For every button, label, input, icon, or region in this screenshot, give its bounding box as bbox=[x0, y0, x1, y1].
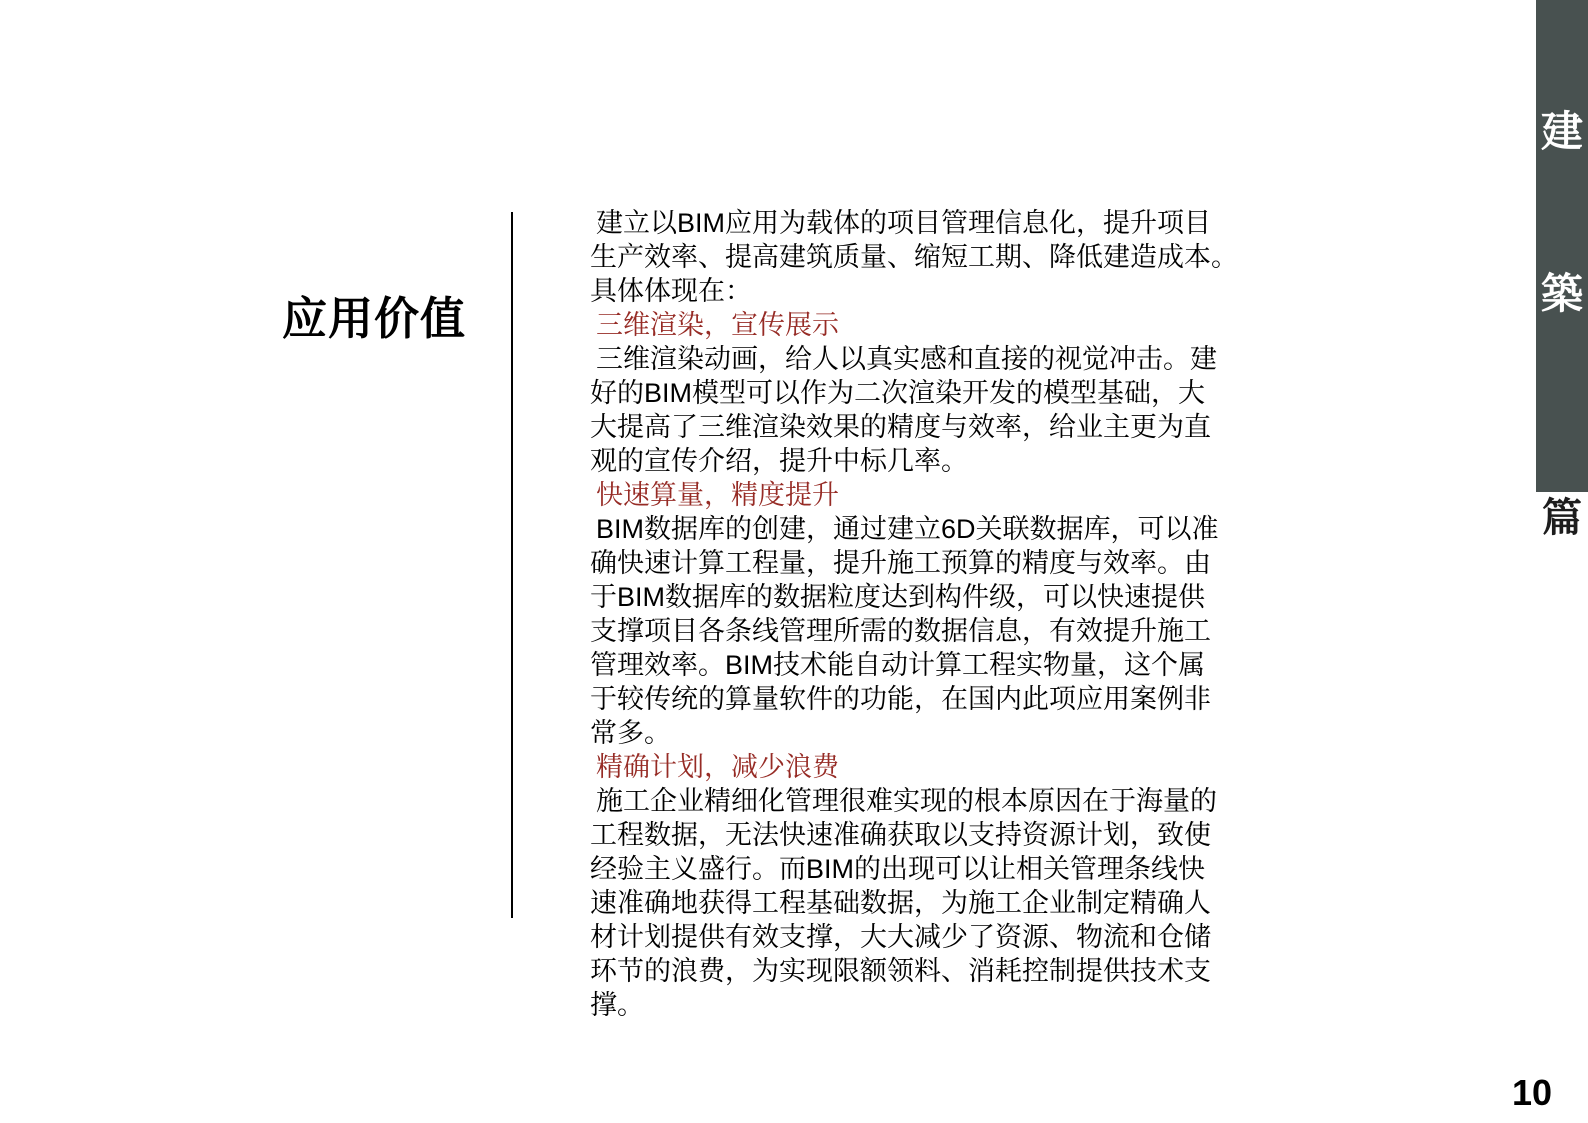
text-line: 于较传统的算量软件的功能，在国内此项应用案例非 bbox=[590, 682, 1270, 716]
text-line: 速准确地获得工程基础数据，为施工企业制定精确人 bbox=[590, 886, 1270, 920]
text-line: 三维渲染动画，给人以真实感和直接的视觉冲击。建 bbox=[590, 342, 1270, 376]
intro-line: 建立以BIM应用为载体的项目管理信息化，提升项目 bbox=[590, 206, 1270, 240]
chapter-char-pian: 篇 bbox=[1536, 496, 1588, 540]
intro-line: 具体体现在： bbox=[590, 274, 1270, 308]
text-line: 工程数据，无法快速准确获取以支持资源计划，致使 bbox=[590, 818, 1270, 852]
text-line: 经验主义盛行。而BIM的出现可以让相关管理条线快 bbox=[590, 852, 1270, 886]
text-line: BIM数据库的创建，通过建立6D关联数据库，可以准 bbox=[590, 512, 1270, 546]
slide-page: 应用价值 建立以BIM应用为载体的项目管理信息化，提升项目 生产效率、提高建筑质… bbox=[0, 0, 1588, 1123]
section-heading-quantity: 快速算量，精度提升 bbox=[590, 478, 1270, 512]
text-line: 好的BIM模型可以作为二次渲染开发的模型基础，大 bbox=[590, 376, 1270, 410]
vertical-divider bbox=[511, 212, 513, 918]
text-line: 常多。 bbox=[590, 716, 1270, 750]
page-title: 应用价值 bbox=[282, 282, 466, 347]
section-heading-plan: 精确计划，减少浪费 bbox=[590, 750, 1270, 784]
chapter-tab-bar bbox=[1536, 0, 1588, 492]
text-line: 施工企业精细化管理很难实现的根本原因在于海量的 bbox=[590, 784, 1270, 818]
text-line: 材计划提供有效支撑，大大减少了资源、物流和仓储 bbox=[590, 920, 1270, 954]
text-line: 观的宣传介绍，提升中标几率。 bbox=[590, 444, 1270, 478]
chapter-char-zhu: 築 bbox=[1536, 272, 1588, 316]
text-line: 撑。 bbox=[590, 988, 1270, 1022]
section-heading-render: 三维渲染，宣传展示 bbox=[590, 308, 1270, 342]
text-line: 确快速计算工程量，提升施工预算的精度与效率。由 bbox=[590, 546, 1270, 580]
text-line: 环节的浪费，为实现限额领料、消耗控制提供技术支 bbox=[590, 954, 1270, 988]
content-column: 建立以BIM应用为载体的项目管理信息化，提升项目 生产效率、提高建筑质量、缩短工… bbox=[590, 206, 1270, 1022]
chapter-char-jian: 建 bbox=[1536, 110, 1588, 154]
text-line: 管理效率。BIM技术能自动计算工程实物量，这个属 bbox=[590, 648, 1270, 682]
text-line: 于BIM数据库的数据粒度达到构件级，可以快速提供 bbox=[590, 580, 1270, 614]
intro-line: 生产效率、提高建筑质量、缩短工期、降低建造成本。 bbox=[590, 240, 1270, 274]
text-line: 支撑项目各条线管理所需的数据信息，有效提升施工 bbox=[590, 614, 1270, 648]
page-number: 10 bbox=[1512, 1072, 1552, 1114]
text-line: 大提高了三维渲染效果的精度与效率，给业主更为直 bbox=[590, 410, 1270, 444]
